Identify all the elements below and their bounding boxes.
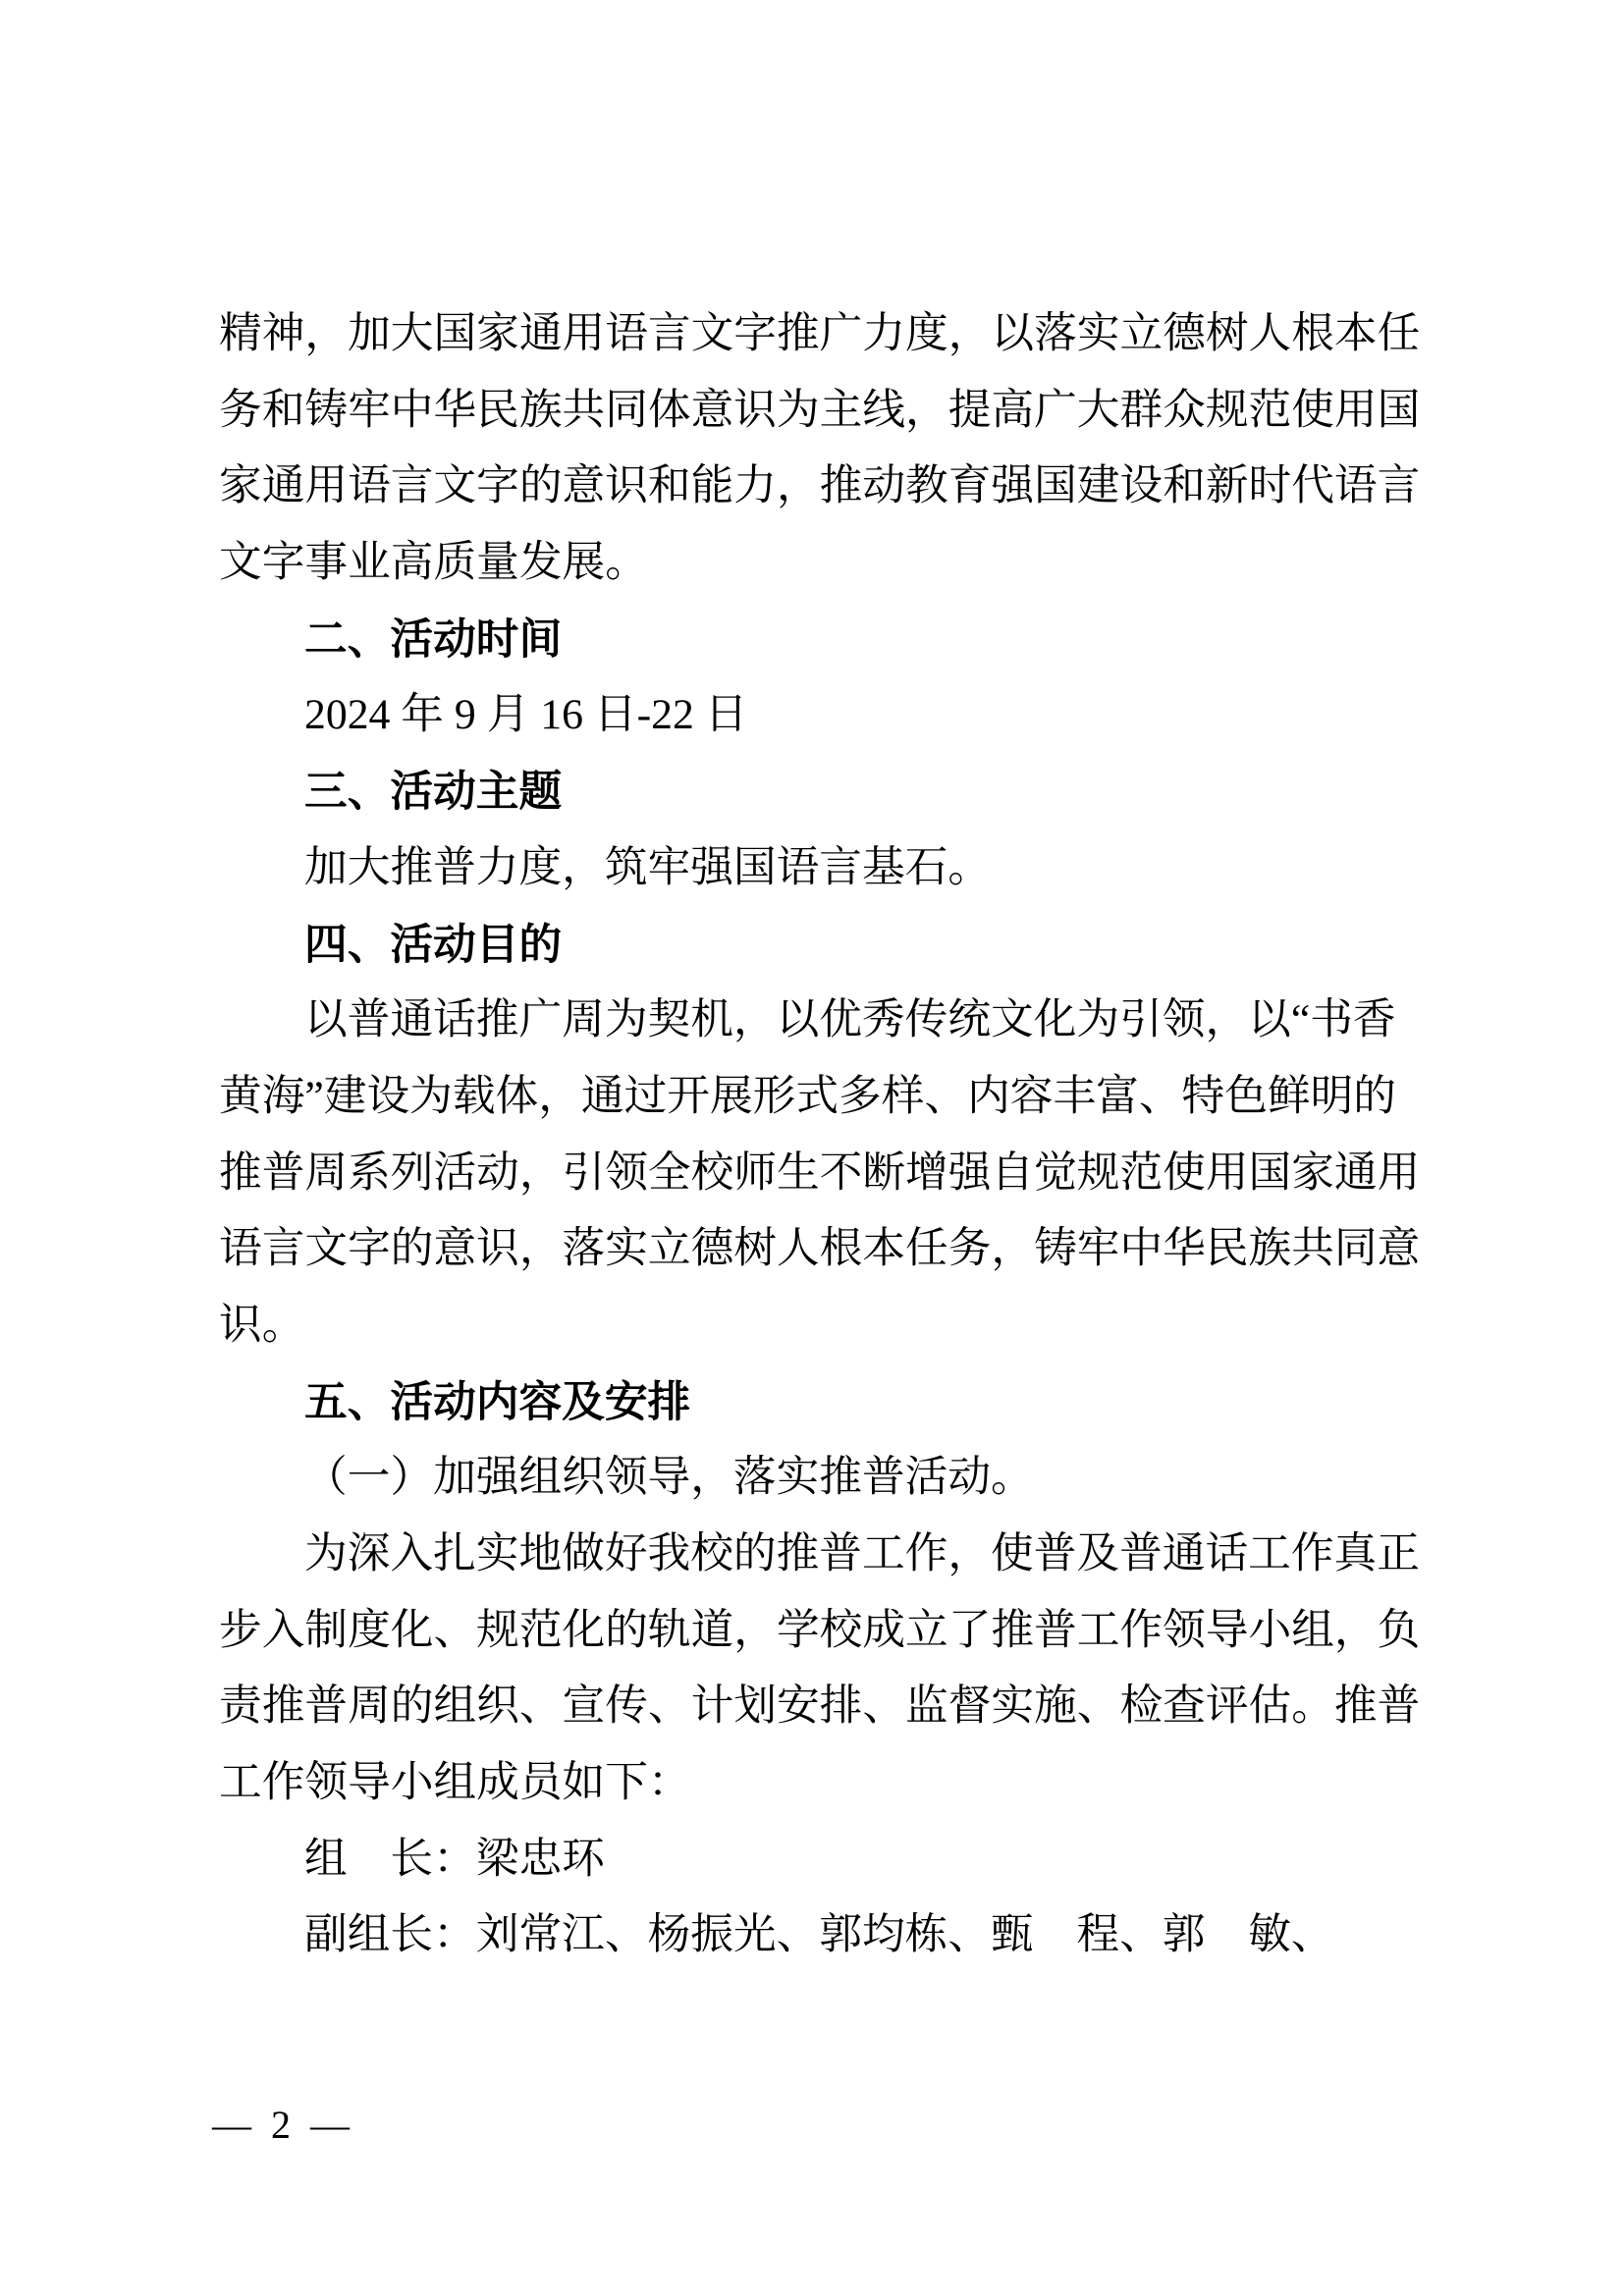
section-heading-activity-purpose: 四、活动目的 (219, 907, 1429, 984)
section-heading-activity-content: 五、活动内容及安排 (219, 1364, 1429, 1441)
body-line: 以普通话推广周为契机，以优秀传统文化为引领，以“书香 (219, 983, 1429, 1059)
page-number: — 2 — (212, 2104, 350, 2147)
activity-date-line: 2024 年 9 月 16 日-22 日 (219, 677, 1429, 754)
body-line: 语言文字的意识，落实立德树人根本任务，铸牢中华民族共同意 (219, 1211, 1429, 1288)
body-line: 责推普周的组织、宣传、计划安排、监督实施、检查评估。推普 (219, 1669, 1429, 1745)
body-line: 务和铸牢中华民族共同体意识为主线，提高广大群众规范使用国 (219, 373, 1429, 450)
body-line: 文字事业高质量发展。 (219, 525, 1429, 602)
document-page: 精神，加大国家通用语言文字推广力度，以落实立德树人根本任 务和铸牢中华民族共同体… (0, 0, 1624, 2296)
body-line: 为深入扎实地做好我校的推普工作，使普及普通话工作真正 (219, 1517, 1429, 1593)
body-line: 工作领导小组成员如下： (219, 1745, 1429, 1822)
body-line: 精神，加大国家通用语言文字推广力度，以落实立德树人根本任 (219, 296, 1429, 373)
document-text-block: 精神，加大国家通用语言文字推广力度，以落实立德树人根本任 务和铸牢中华民族共同体… (219, 296, 1429, 1974)
group-leader-line: 组 长：梁忠环 (219, 1822, 1429, 1898)
body-line: 黄海”建设为载体，通过开展形式多样、内容丰富、特色鲜明的 (219, 1059, 1429, 1136)
activity-theme-line: 加大推普力度，筑牢强国语言基石。 (219, 830, 1429, 907)
body-line: 家通用语言文字的意识和能力，推动教育强国建设和新时代语言 (219, 449, 1429, 525)
body-line: 步入制度化、规范化的轨道，学校成立了推普工作领导小组，负 (219, 1593, 1429, 1670)
subsection-heading-organization: （一）加强组织领导，落实推普活动。 (219, 1440, 1429, 1517)
body-line: 推普周系列活动，引领全校师生不断增强自觉规范使用国家通用 (219, 1136, 1429, 1212)
section-heading-activity-theme: 三、活动主题 (219, 754, 1429, 830)
section-heading-activity-time: 二、活动时间 (219, 602, 1429, 678)
body-line: 识。 (219, 1288, 1429, 1364)
deputy-leaders-line: 副组长：刘常江、杨振光、郭均栋、甄 程、郭 敏、 (219, 1897, 1429, 1974)
